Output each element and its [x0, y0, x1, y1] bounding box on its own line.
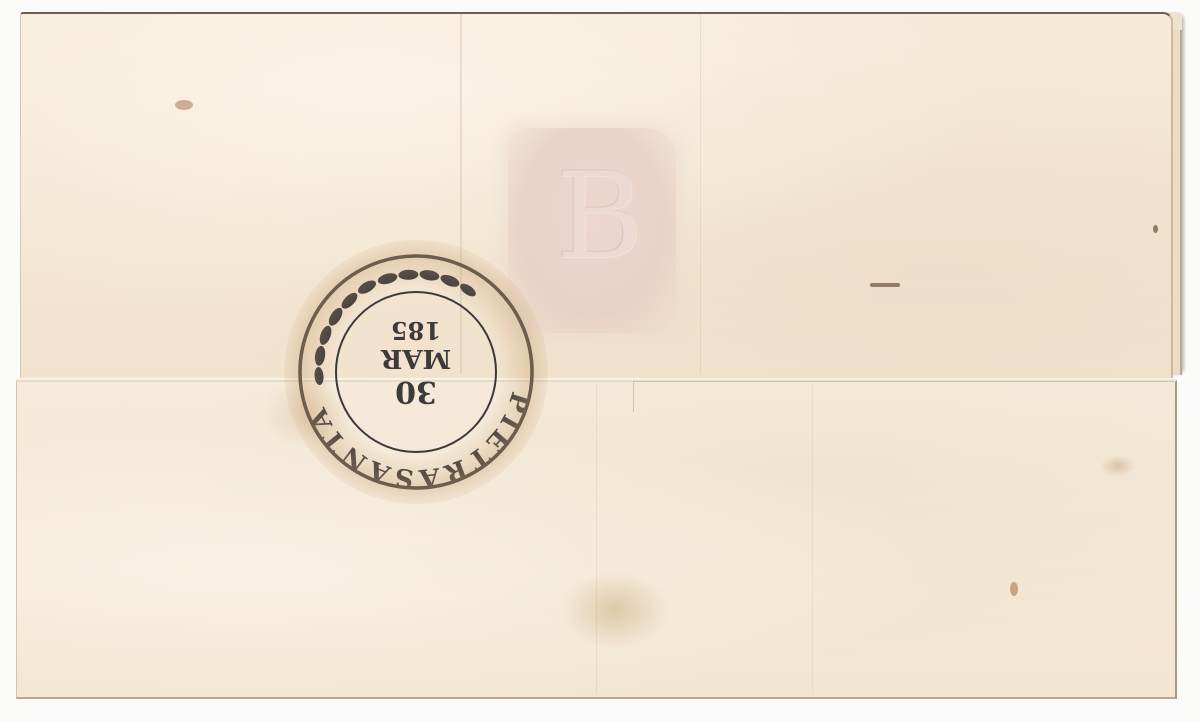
ink-speck — [1153, 225, 1158, 233]
paper-crease — [812, 384, 813, 694]
foxing-spot — [1010, 582, 1018, 596]
foxing-stain — [560, 570, 670, 650]
ink-speck — [870, 283, 900, 287]
seal-monogram: B — [556, 158, 644, 278]
paper-crease — [700, 14, 701, 374]
postmark-ink-halo — [284, 240, 548, 504]
foxing-stain — [1100, 455, 1136, 477]
pietrasanta-postmark: PIETRASANTA 30 MAR 185 — [296, 252, 536, 492]
fold-step — [633, 381, 1174, 412]
letter-scan: B — [0, 0, 1200, 722]
foxing-spot — [175, 100, 193, 110]
